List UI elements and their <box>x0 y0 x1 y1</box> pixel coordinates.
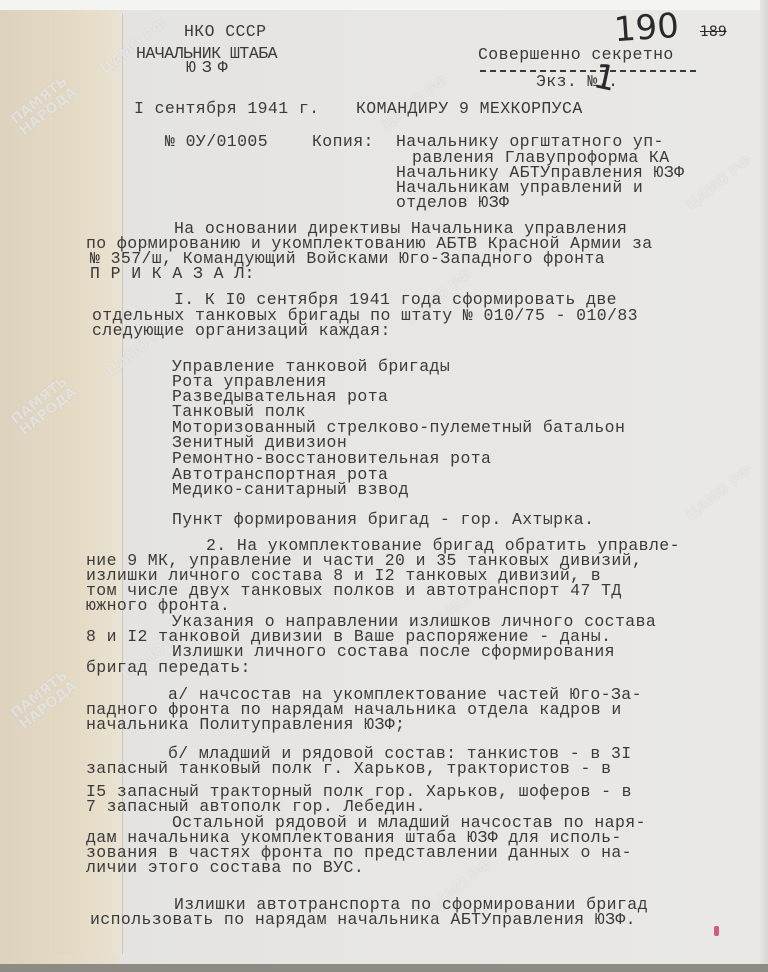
preamble-line: П Р И К А З А Л: <box>90 266 255 282</box>
document-scan: ПАМЯТЬ НАРОДА ПАМЯТЬ НАРОДА ПАМЯТЬ НАРОД… <box>0 0 768 972</box>
struck-page-number: 189 <box>700 24 727 40</box>
copy-to-line: отделов ЮЗФ <box>396 195 509 211</box>
header-org: НКО СССР <box>184 24 266 40</box>
closing-line: использовать по нарядам начальника АБТУп… <box>90 912 636 928</box>
classification-stamp: Совершенно секретно <box>478 47 674 63</box>
watermark-tsamo: ЦАМО РФ <box>684 153 755 212</box>
watermark-tsamo: ЦАМО РФ <box>684 463 755 522</box>
paper-right-edge <box>760 0 768 972</box>
copy-to-label: Копия: <box>312 134 374 150</box>
scan-bottom-border <box>0 964 768 972</box>
item2-line: бригад передать: <box>86 660 251 676</box>
document-date: I сентября 1941 г. <box>134 101 319 117</box>
item-b-line: личии этого состава по ВУС. <box>86 860 364 876</box>
addressee: КОМАНДИРУ 9 МЕХКОРПУСА <box>356 101 583 117</box>
document-number: № 0У/01005 <box>165 134 268 150</box>
handwritten-page-number: 190 <box>613 6 681 50</box>
item-b-line: запасный танковый полк г. Харьков, тракт… <box>86 761 611 777</box>
pink-stamp-mark <box>714 926 719 936</box>
item1-line: следующие организаций каждая: <box>92 323 391 339</box>
formation-point: Пункт формирования бригад - гор. Ахтырка… <box>172 512 594 528</box>
item-a-line: начальника Политуправления ЮЗФ; <box>86 717 405 733</box>
header-unit: ЮЗФ <box>186 60 234 76</box>
unit-list-item: Медико-санитарный взвод <box>172 482 409 498</box>
